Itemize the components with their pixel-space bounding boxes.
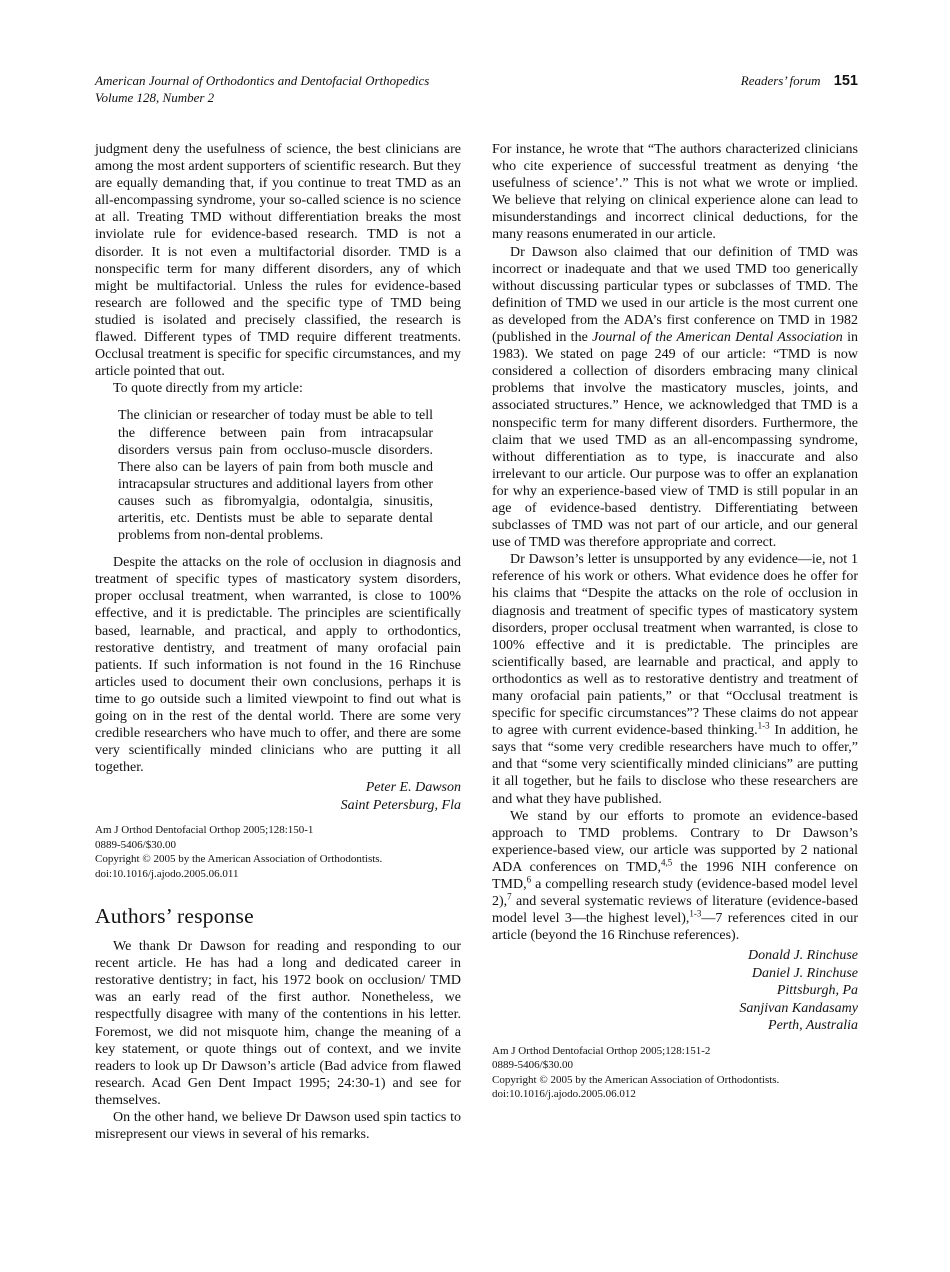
citation-line: Copyright © 2005 by the American Associa… — [492, 1073, 858, 1087]
left-column: judgment deny the usefulness of science,… — [95, 141, 461, 1143]
section-title: Readers’ forum — [741, 73, 821, 88]
paragraph-text: Dr Dawson’s letter is unsupported by any… — [492, 552, 858, 738]
journal-title: American Journal of Orthodontics and Den… — [95, 73, 429, 90]
page-header: American Journal of Orthodontics and Den… — [95, 73, 858, 106]
journal-info: American Journal of Orthodontics and Den… — [95, 73, 429, 106]
citation-line: Copyright © 2005 by the American Associa… — [95, 852, 461, 866]
dawson-signature: Peter E. Dawson Saint Petersburg, Fla — [95, 779, 461, 814]
signature-location: Pittsburgh, Pa — [492, 982, 858, 1000]
citation-line: Am J Orthod Dentofacial Orthop 2005;128:… — [492, 1044, 858, 1058]
journal-volume: Volume 128, Number 2 — [95, 90, 429, 107]
signature-name: Donald J. Rinchuse — [492, 947, 858, 965]
response-paragraph-3: For instance, he wrote that “The authors… — [492, 141, 858, 244]
journal-page: American Journal of Orthodontics and Den… — [0, 0, 950, 1272]
response-paragraph-2: On the other hand, we believe Dr Dawson … — [95, 1109, 461, 1143]
right-column: For instance, he wrote that “The authors… — [492, 141, 858, 1143]
authors-response-heading: Authors’ response — [95, 908, 461, 925]
quote-intro-paragraph: To quote directly from my article: — [95, 380, 461, 397]
signature-location: Saint Petersburg, Fla — [95, 797, 461, 815]
citation-line: Am J Orthod Dentofacial Orthop 2005;128:… — [95, 823, 461, 837]
citation-line: 0889-5406/$30.00 — [492, 1058, 858, 1072]
reference-superscript: 4,5 — [661, 857, 672, 867]
authors-citation-block: Am J Orthod Dentofacial Orthop 2005;128:… — [492, 1044, 858, 1102]
signature-name: Daniel J. Rinchuse — [492, 965, 858, 983]
dawson-letter-paragraph: judgment deny the usefulness of science,… — [95, 141, 461, 380]
paragraph-text: in 1983). We stated on page 249 of our a… — [492, 330, 858, 550]
citation-line: doi:10.1016/j.ajodo.2005.06.012 — [492, 1087, 858, 1101]
response-paragraph-6: We stand by our efforts to promote an ev… — [492, 808, 858, 945]
signature-name: Sanjivan Kandasamy — [492, 1000, 858, 1018]
signature-name: Peter E. Dawson — [95, 779, 461, 797]
reference-superscript: 1-3 — [689, 909, 701, 919]
dawson-citation-block: Am J Orthod Dentofacial Orthop 2005;128:… — [95, 823, 461, 881]
dawson-closing-paragraph: Despite the attacks on the role of occlu… — [95, 554, 461, 776]
page-number: 151 — [834, 73, 858, 89]
response-paragraph-5: Dr Dawson’s letter is unsupported by any… — [492, 551, 858, 807]
authors-signature: Donald J. Rinchuse Daniel J. Rinchuse Pi… — [492, 947, 858, 1035]
citation-line: 0889-5406/$30.00 — [95, 838, 461, 852]
signature-location: Perth, Australia — [492, 1017, 858, 1035]
reference-superscript: 1-3 — [758, 721, 770, 731]
article-blockquote: The clinician or researcher of today mus… — [118, 407, 433, 544]
response-paragraph-4: Dr Dawson also claimed that our definiti… — [492, 244, 858, 552]
two-column-body: judgment deny the usefulness of science,… — [95, 141, 858, 1143]
response-paragraph-1: We thank Dr Dawson for reading and respo… — [95, 938, 461, 1109]
header-right: Readers’ forum 151 — [741, 73, 858, 90]
journal-name-italic: Journal of the American Dental Associati… — [592, 330, 843, 345]
citation-line: doi:10.1016/j.ajodo.2005.06.011 — [95, 867, 461, 881]
